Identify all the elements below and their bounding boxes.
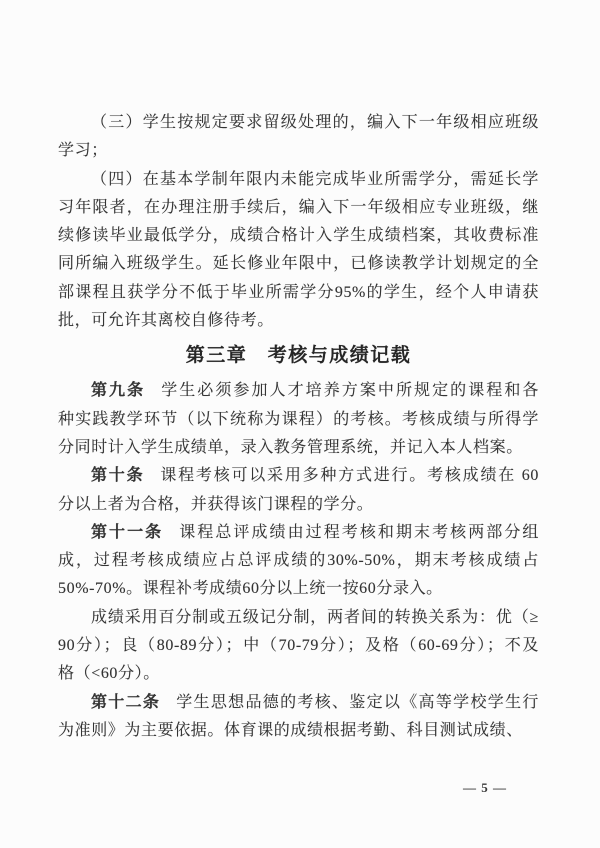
text-line: 种实践教学环节（以下统称为课程）的考核。考核成绩与所得学 [58, 406, 539, 434]
paragraph: （三）学生按规定要求留级处理的，编入下一年级相应班级学习； [58, 109, 539, 166]
text-line: 分同时计入学生成绩单，录入教务管理系统，并记入本人档案。 [58, 434, 539, 462]
text-line: 同所编入班级学生。延长修业年限中，已修读教学计划规定的全 [58, 250, 539, 278]
article-number: 第十一条 [91, 524, 163, 541]
text-line: 第十二条学生思想品德的考核、鉴定以《高等学校学生行 [58, 689, 539, 717]
text-line: （三）学生按规定要求留级处理的，编入下一年级相应班级 [58, 109, 539, 137]
text-line: 为准则》为主要依据。体育课的成绩根据考勤、科目测试成绩、 [58, 717, 539, 745]
text-line: （四）在基本学制年限内未能完成毕业所需学分，需延长学 [58, 166, 539, 194]
text-line: 分以上者为合格，并获得该门课程的学分。 [58, 491, 539, 519]
paragraph: 成绩采用百分制或五级记分制，两者间的转换关系为：优（≥90分）；良（80-89分… [58, 604, 539, 689]
text-line: 批，可允许其离校自修待考。 [58, 307, 539, 335]
text-line: 第九条学生必须参加人才培养方案中所规定的课程和各 [58, 377, 539, 405]
article-number: 第九条 [91, 382, 145, 399]
text-line: 习年限者，在办理注册手续后，编入下一年级相应专业班级，继 [58, 194, 539, 222]
text-line: 90分）；良（80-89分）；中（70-79分）；及格（60-69分）；不及 [58, 632, 539, 660]
article-number: 第十二条 [91, 694, 160, 711]
page-body: （三）学生按规定要求留级处理的，编入下一年级相应班级学习；（四）在基本学制年限内… [58, 109, 539, 745]
text-line: 格（<60分）。 [58, 660, 539, 688]
text-line: 成绩采用百分制或五级记分制，两者间的转换关系为：优（≥ [58, 604, 539, 632]
paragraph: 第十一条课程总评成绩由过程考核和期末考核两部分组成，过程考核成绩应占总评成绩的3… [58, 519, 539, 604]
text-line: 成，过程考核成绩应占总评成绩的30%-50%，期末考核成绩占 [58, 547, 539, 575]
paragraph: 第十条课程考核可以采用多种方式进行。考核成绩在 60分以上者为合格，并获得该门课… [58, 462, 539, 519]
paragraph: 第九条学生必须参加人才培养方案中所规定的课程和各种实践教学环节（以下统称为课程）… [58, 377, 539, 462]
paragraph: （四）在基本学制年限内未能完成毕业所需学分，需延长学习年限者，在办理注册手续后，… [58, 166, 539, 336]
text-line: 部课程且获学分不低于毕业所需学分95%的学生，经个人申请获 [58, 279, 539, 307]
text-line: 第十一条课程总评成绩由过程考核和期末考核两部分组 [58, 519, 539, 547]
article-number: 第十条 [91, 467, 144, 484]
text-line: 续修读毕业最低学分，成绩合格计入学生成绩档案，其收费标准 [58, 222, 539, 250]
document-page: （三）学生按规定要求留级处理的，编入下一年级相应班级学习；（四）在基本学制年限内… [0, 0, 600, 848]
chapter-heading: 第三章 考核与成绩记载 [58, 341, 539, 371]
text-line: 第十条课程考核可以采用多种方式进行。考核成绩在 60 [58, 462, 539, 490]
text-line: 50%-70%。课程补考成绩60分以上统一按60分录入。 [58, 575, 539, 603]
paragraph: 第十二条学生思想品德的考核、鉴定以《高等学校学生行为准则》为主要依据。体育课的成… [58, 689, 539, 746]
text-line: 学习； [58, 137, 539, 165]
page-number: — 5 — [455, 780, 515, 796]
